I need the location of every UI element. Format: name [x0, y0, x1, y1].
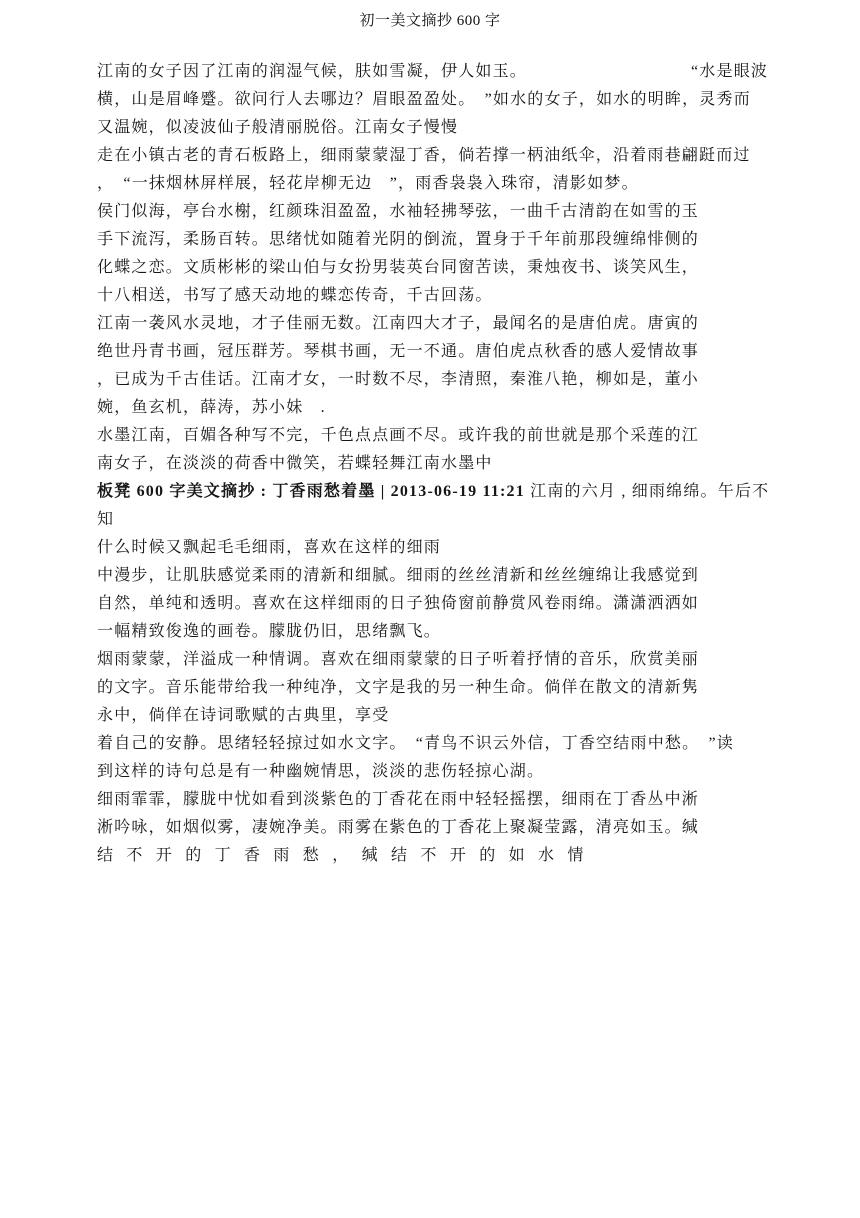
- text-line: 婉，鱼玄机，薛涛，苏小妹 .: [97, 394, 773, 422]
- text-line: 淅吟咏，如烟似雾，凄婉净美。雨雾在紫色的丁香花上聚凝莹露，清亮如玉。缄: [97, 814, 773, 842]
- text-line: 水墨江南，百媚各种写不完，千色点点画不尽。或许我的前世就是那个采莲的江: [97, 422, 773, 450]
- text-line: 中漫步，让肌肤感觉柔雨的清新和细腻。细雨的丝丝清新和丝丝缠绵让我感觉到: [97, 562, 773, 590]
- text-line: 手下流泻，柔肠百转。思绪忧如随着光阴的倒流，置身于千年前那段缠绵悱侧的: [97, 226, 773, 254]
- text-line: ， “一抹烟林屏样展，轻花岸柳无边 ”，雨香袅袅入珠帘，清影如梦。: [97, 170, 773, 198]
- text-line: 江南一袭风水灵地，才子佳丽无数。江南四大才子，最闻名的是唐伯虎。唐寅的: [97, 310, 773, 338]
- document-title: 初一美文摘抄 600 字: [0, 9, 860, 30]
- document-page: 初一美文摘抄 600 字 江南的女子因了江南的润湿气候，肤如雪凝，伊人如玉。 “…: [0, 0, 860, 1218]
- text-line: 细雨霏霏，朦胧中忧如看到淡紫色的丁香花在雨中轻轻摇摆，细雨在丁香丛中淅: [97, 786, 773, 814]
- text-line: 十八相送，书写了感天动地的蝶恋传奇，千古回荡。: [97, 282, 773, 310]
- text-line: ，已成为千古佳话。江南才女，一时数不尽，李清照，秦淮八艳，柳如是，董小: [97, 366, 773, 394]
- text-line: 江南的女子因了江南的润湿气候，肤如雪凝，伊人如玉。 “水是眼波: [97, 58, 773, 86]
- text-line: 的文字。音乐能带给我一种纯净，文字是我的另一种生命。倘佯在散文的清新隽: [97, 674, 773, 702]
- text-line: 走在小镇古老的青石板路上，细雨蒙蒙湿丁香，倘若撑一柄油纸伞，沿着雨巷翩跹而过: [97, 142, 773, 170]
- text-line-entry-meta: 板凳 600 字美文摘抄 : 丁香雨愁着墨 | 2013-06-19 11:21…: [97, 478, 773, 534]
- text-line: 着自己的安静。思绪轻轻掠过如水文字。 “青鸟不识云外信，丁香空结雨中愁。 ”读: [97, 730, 773, 758]
- text-line-justified: 结 不 开 的 丁 香 雨 愁 ， 缄 结 不 开 的 如 水 情: [97, 842, 773, 870]
- text-line: 化蝶之恋。文质彬彬的梁山伯与女扮男装英台同窗苦读，秉烛夜书、谈笑风生，: [97, 254, 773, 282]
- text-line: 到这样的诗句总是有一种幽婉情思，淡淡的悲伤轻掠心湖。: [97, 758, 773, 786]
- text-line: 什么时候又飘起毛毛细雨，喜欢在这样的细雨: [97, 534, 773, 562]
- text-line: 永中，倘佯在诗词歌赋的古典里，享受: [97, 702, 773, 730]
- document-body: 江南的女子因了江南的润湿气候，肤如雪凝，伊人如玉。 “水是眼波 横，山是眉峰蹙。…: [97, 58, 773, 870]
- text-line: 南女子，在淡淡的荷香中微笑，若蝶轻舞江南水墨中: [97, 450, 773, 478]
- entry-meta-bold-label: 板凳 600 字美文摘抄 : 丁香雨愁着墨 | 2013-06-19 11:21: [97, 483, 530, 500]
- text-line: 又温婉，似凌波仙子般清丽脱俗。江南女子慢慢: [97, 114, 773, 142]
- text-line: 绝世丹青书画，冠压群芳。琴棋书画，无一不通。唐伯虎点秋香的感人爱情故事: [97, 338, 773, 366]
- text-line: 一幅精致俊逸的画卷。朦胧仍旧，思绪飘飞。: [97, 618, 773, 646]
- text-line: 横，山是眉峰蹙。欲问行人去哪边？眉眼盈盈处。 ”如水的女子，如水的明眸，灵秀而: [97, 86, 773, 114]
- text-line: 自然，单纯和透明。喜欢在这样细雨的日子独倚窗前静赏风卷雨绵。潇潇洒洒如: [97, 590, 773, 618]
- text-line: 烟雨蒙蒙，洋溢成一种情调。喜欢在细雨蒙蒙的日子听着抒情的音乐，欣赏美丽: [97, 646, 773, 674]
- text-line: 侯门似海，亭台水榭，红颜珠泪盈盈，水袖轻拂琴弦，一曲千古清韵在如雪的玉: [97, 198, 773, 226]
